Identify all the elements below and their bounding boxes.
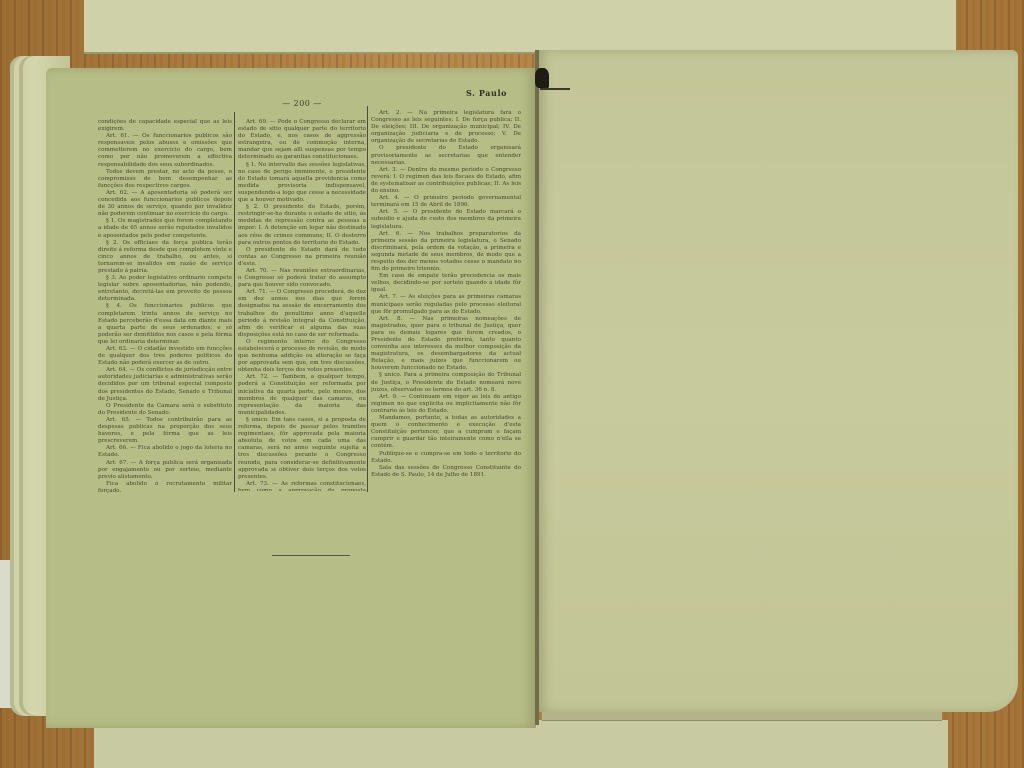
paragraph: Sala das sessões do Congresso Constituin… xyxy=(371,465,521,479)
paragraph: Art. 71. — O Congresso procederá, de dez… xyxy=(238,289,366,339)
paragraph: § 2. Os officiaes da força publica terão… xyxy=(98,240,232,275)
paragraph: Art. 72. — Tambem, a qualquer tempo, pod… xyxy=(238,374,366,417)
paragraph: § 3. Ao poder legislativo ordinario comp… xyxy=(98,275,232,303)
paragraph: Art. 9. — Continuam em vigor as leis do … xyxy=(371,394,521,415)
column-rule xyxy=(234,112,235,492)
backing-board-top xyxy=(84,0,956,54)
paragraph: Publique-se e cumpra-se em todo o territ… xyxy=(371,451,521,465)
paragraph: condições de capacidade especial que as … xyxy=(98,119,232,133)
paragraph: Art. 5. — O presidente do Estado marcará… xyxy=(371,209,521,230)
paragraph: Art. 7. — As eleições para as primeiras … xyxy=(371,294,521,315)
paragraph: Art. 2. — Na primeira legislatura fará o… xyxy=(371,110,521,145)
end-rule xyxy=(272,555,350,556)
paragraph: Art. 8. — Nas primeiras nomeações de mag… xyxy=(371,316,521,373)
paragraph: O presidente do Estado dará de tudo cont… xyxy=(238,247,366,268)
paragraph: Art. 4. — O primeiro periodo governament… xyxy=(371,195,521,209)
binding-clip-mark xyxy=(535,68,549,88)
paragraph: O Presidente da Camara será o substituto… xyxy=(98,403,232,417)
paragraph: Mandamos, portanto, a todas as autoridad… xyxy=(371,415,521,450)
paragraph: Art. 69. — Póde o Congresso declarar em … xyxy=(238,119,366,162)
paragraph: § unico. Em taes casos, si a proposta de… xyxy=(238,417,366,481)
paragraph: Art. 65. — Todos contribuirão para as de… xyxy=(98,417,232,445)
paragraph: Art. 67. — A força publica será organisa… xyxy=(98,460,232,481)
paragraph: Em caso de empate terão precedencia os m… xyxy=(371,273,521,294)
text-column-3: Art. 2. — Na primeira legislatura fará o… xyxy=(371,110,521,482)
paragraph: Art. 62. — A aposentadoria só poderá ser… xyxy=(98,190,232,218)
text-column-1: condições de capacidade especial que as … xyxy=(98,119,232,495)
paragraph: Art. 66. — Fica abolido o jogo da loteri… xyxy=(98,445,232,459)
paragraph: O regimento interno do Congresso estabel… xyxy=(238,339,366,374)
paragraph: Art. 6. — Nos trabalhos preparatorios da… xyxy=(371,231,521,274)
paragraph: § 4. Os funccionarios publicos que compl… xyxy=(98,303,232,346)
paragraph: Art. 3. — Dentro do mesmo periodo o Cong… xyxy=(371,167,521,195)
paragraph: Art. 61. — Os funccionarios publicos são… xyxy=(98,133,232,168)
binding-thread xyxy=(540,88,570,90)
paragraph: § 1. Os magistrados que forem completand… xyxy=(98,218,232,239)
paragraph: Todos devem prestar, no acto da posse, o… xyxy=(98,169,232,190)
running-head: S. Paulo xyxy=(466,88,507,98)
paragraph: § 2. O presidente do Estado, porém, rest… xyxy=(238,204,366,247)
paragraph: Art. 73. — As reformas constitucionaes, … xyxy=(238,481,366,491)
paragraph: O presidente do Estado organisará provis… xyxy=(371,145,521,166)
paragraph: Art. 63. — O cidadão investido em funcçõ… xyxy=(98,346,232,367)
paragraph: § 1. No intervallo das sessões legislati… xyxy=(238,162,366,205)
paragraph: § unico. Para a primeira composição do T… xyxy=(371,372,521,393)
paragraph: Art. 64. — Os conflictos de jurisdicção … xyxy=(98,367,232,402)
page-number: — 200 — xyxy=(282,99,322,108)
text-column-2: Art. 69. — Póde o Congresso declarar em … xyxy=(238,119,366,491)
column-rule xyxy=(367,106,368,492)
paragraph: Fica abolido o recrutamento militar forç… xyxy=(98,481,232,495)
book-gutter xyxy=(535,50,539,725)
right-page-blank xyxy=(538,50,1018,712)
page-bottom-edge xyxy=(542,712,942,721)
paragraph: Art. 70. — Nas reuniões extraordinarias,… xyxy=(238,268,366,289)
